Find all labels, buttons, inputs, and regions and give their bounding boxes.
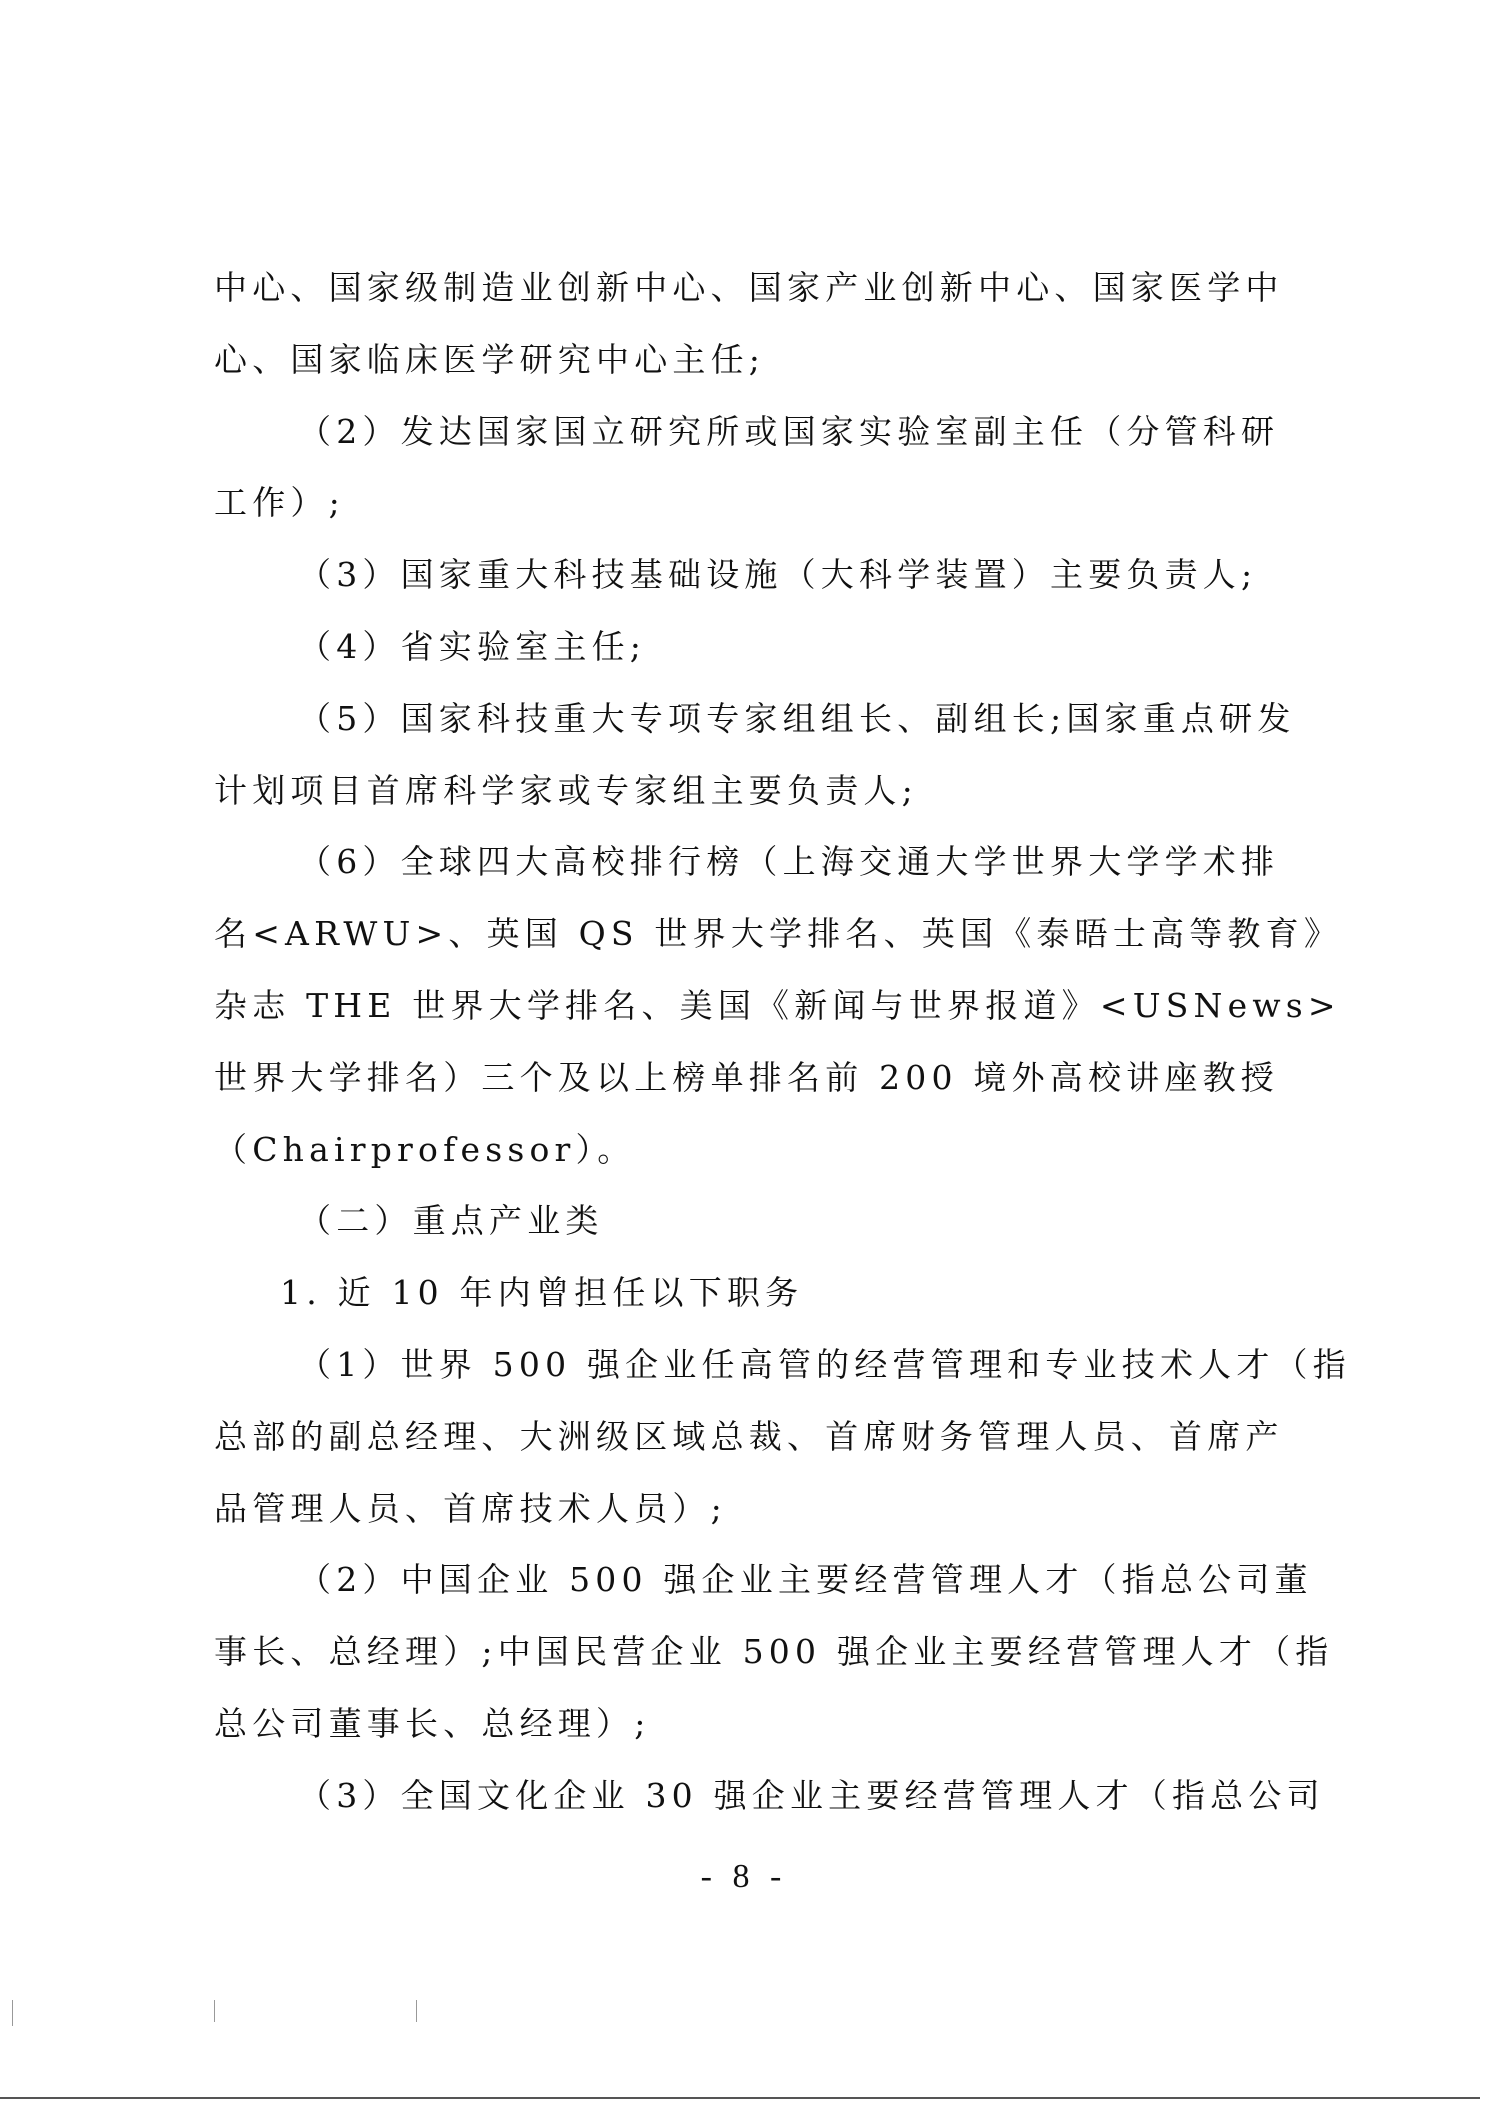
list-item-4: （4）省实验室主任; — [214, 611, 1274, 683]
text-line: 工作）; — [214, 467, 1274, 539]
list-item-2: （2）中国企业 500 强企业主要经营管理人才（指总公司董 — [214, 1544, 1274, 1616]
subsection-heading: 1. 近 10 年内曾担任以下职务 — [214, 1257, 1274, 1329]
scan-edge-line — [0, 2097, 1480, 2099]
document-page: 中心、国家级制造业创新中心、国家产业创新中心、国家医学中 心、国家临床医学研究中… — [0, 0, 1488, 2104]
text-line: 心、国家临床医学研究中心主任; — [214, 324, 1274, 396]
list-item-3: （3）全国文化企业 30 强企业主要经营管理人才（指总公司 — [214, 1760, 1274, 1832]
list-item-3: （3）国家重大科技基础设施（大科学装置）主要负责人; — [214, 539, 1274, 611]
list-item-5: （5）国家科技重大专项专家组组长、副组长;国家重点研发 — [214, 683, 1274, 755]
section-heading: （二）重点产业类 — [214, 1185, 1274, 1257]
text-line: 中心、国家级制造业创新中心、国家产业创新中心、国家医学中 — [214, 252, 1274, 324]
text-line: 品管理人员、首席技术人员）; — [214, 1473, 1274, 1545]
list-item-1: （1）世界 500 强企业任高管的经营管理和专业技术人才（指 — [214, 1329, 1274, 1401]
scan-artifact — [214, 2000, 215, 2022]
document-body: 中心、国家级制造业创新中心、国家产业创新中心、国家医学中 心、国家临床医学研究中… — [214, 252, 1274, 1832]
scan-artifact — [416, 2000, 417, 2022]
text-line: 世界大学排名）三个及以上榜单排名前 200 境外高校讲座教授 — [214, 1042, 1274, 1114]
text-line: 总公司董事长、总经理）; — [214, 1688, 1274, 1760]
list-item-2: （2）发达国家国立研究所或国家实验室副主任（分管科研 — [214, 396, 1274, 468]
text-line: 杂志 THE 世界大学排名、美国《新闻与世界报道》<USNews> — [214, 970, 1274, 1042]
text-line: （Chairprofessor）。 — [214, 1114, 1274, 1186]
text-line: 总部的副总经理、大洲级区域总裁、首席财务管理人员、首席产 — [214, 1401, 1274, 1473]
text-line: 计划项目首席科学家或专家组主要负责人; — [214, 755, 1274, 827]
scan-artifact — [12, 2000, 13, 2026]
text-line: 事长、总经理）;中国民营企业 500 强企业主要经营管理人才（指 — [214, 1616, 1274, 1688]
text-line: 名<ARWU>、英国 QS 世界大学排名、英国《泰晤士高等教育》 — [214, 898, 1274, 970]
list-item-6: （6）全球四大高校排行榜（上海交通大学世界大学学术排 — [214, 826, 1274, 898]
page-number: - 8 - — [0, 1858, 1488, 1896]
